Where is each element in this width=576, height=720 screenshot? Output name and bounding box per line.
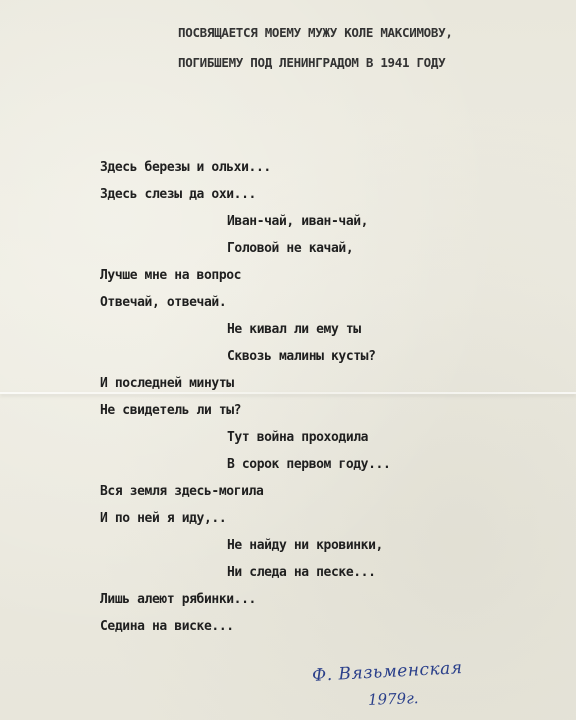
poem-line: Иван-чай, иван-чай, <box>100 208 390 235</box>
poem-line: Головой не качай, <box>100 235 390 262</box>
dedication-line-1: ПОСВЯЩАЕТСЯ МОЕМУ МУЖУ КОЛЕ МАКСИМОВУ, <box>178 18 453 48</box>
poem-body: Здесь березы и ольхи...Здесь слезы да ох… <box>100 154 390 640</box>
handwritten-signature: Ф. Вязьменская <box>312 658 463 686</box>
poem-line: Лучше мне на вопрос <box>100 262 390 289</box>
poem-line: Не найду ни кровинки, <box>100 532 390 559</box>
handwritten-year: 1979г. <box>368 689 419 709</box>
document-page: ПОСВЯЩАЕТСЯ МОЕМУ МУЖУ КОЛЕ МАКСИМОВУ, П… <box>0 0 576 720</box>
poem-line: Здесь березы и ольхи... <box>100 154 390 181</box>
poem-line: Лишь алеют рябинки... <box>100 586 390 613</box>
poem-line: Ни следа на песке... <box>100 559 390 586</box>
poem-line: Не кивал ли ему ты <box>100 316 390 343</box>
poem-line: Здесь слезы да охи... <box>100 181 390 208</box>
poem-line: Вся земля здесь-могила <box>100 478 390 505</box>
poem-line: Седина на виске... <box>100 613 390 640</box>
poem-line: Сквозь малины кусты? <box>100 343 390 370</box>
poem-line: В сорок первом году... <box>100 451 390 478</box>
poem-line: Отвечай, отвечай. <box>100 289 390 316</box>
poem-line: И последней минуты <box>100 370 390 397</box>
poem-line: И по ней я иду,.. <box>100 505 390 532</box>
poem-line: Не свидетель ли ты? <box>100 397 390 424</box>
dedication-line-2: ПОГИБШЕМУ ПОД ЛЕНИНГРАДОМ В 1941 ГОДУ <box>178 48 453 78</box>
poem-line: Тут война проходила <box>100 424 390 451</box>
dedication-header: ПОСВЯЩАЕТСЯ МОЕМУ МУЖУ КОЛЕ МАКСИМОВУ, П… <box>178 18 453 78</box>
